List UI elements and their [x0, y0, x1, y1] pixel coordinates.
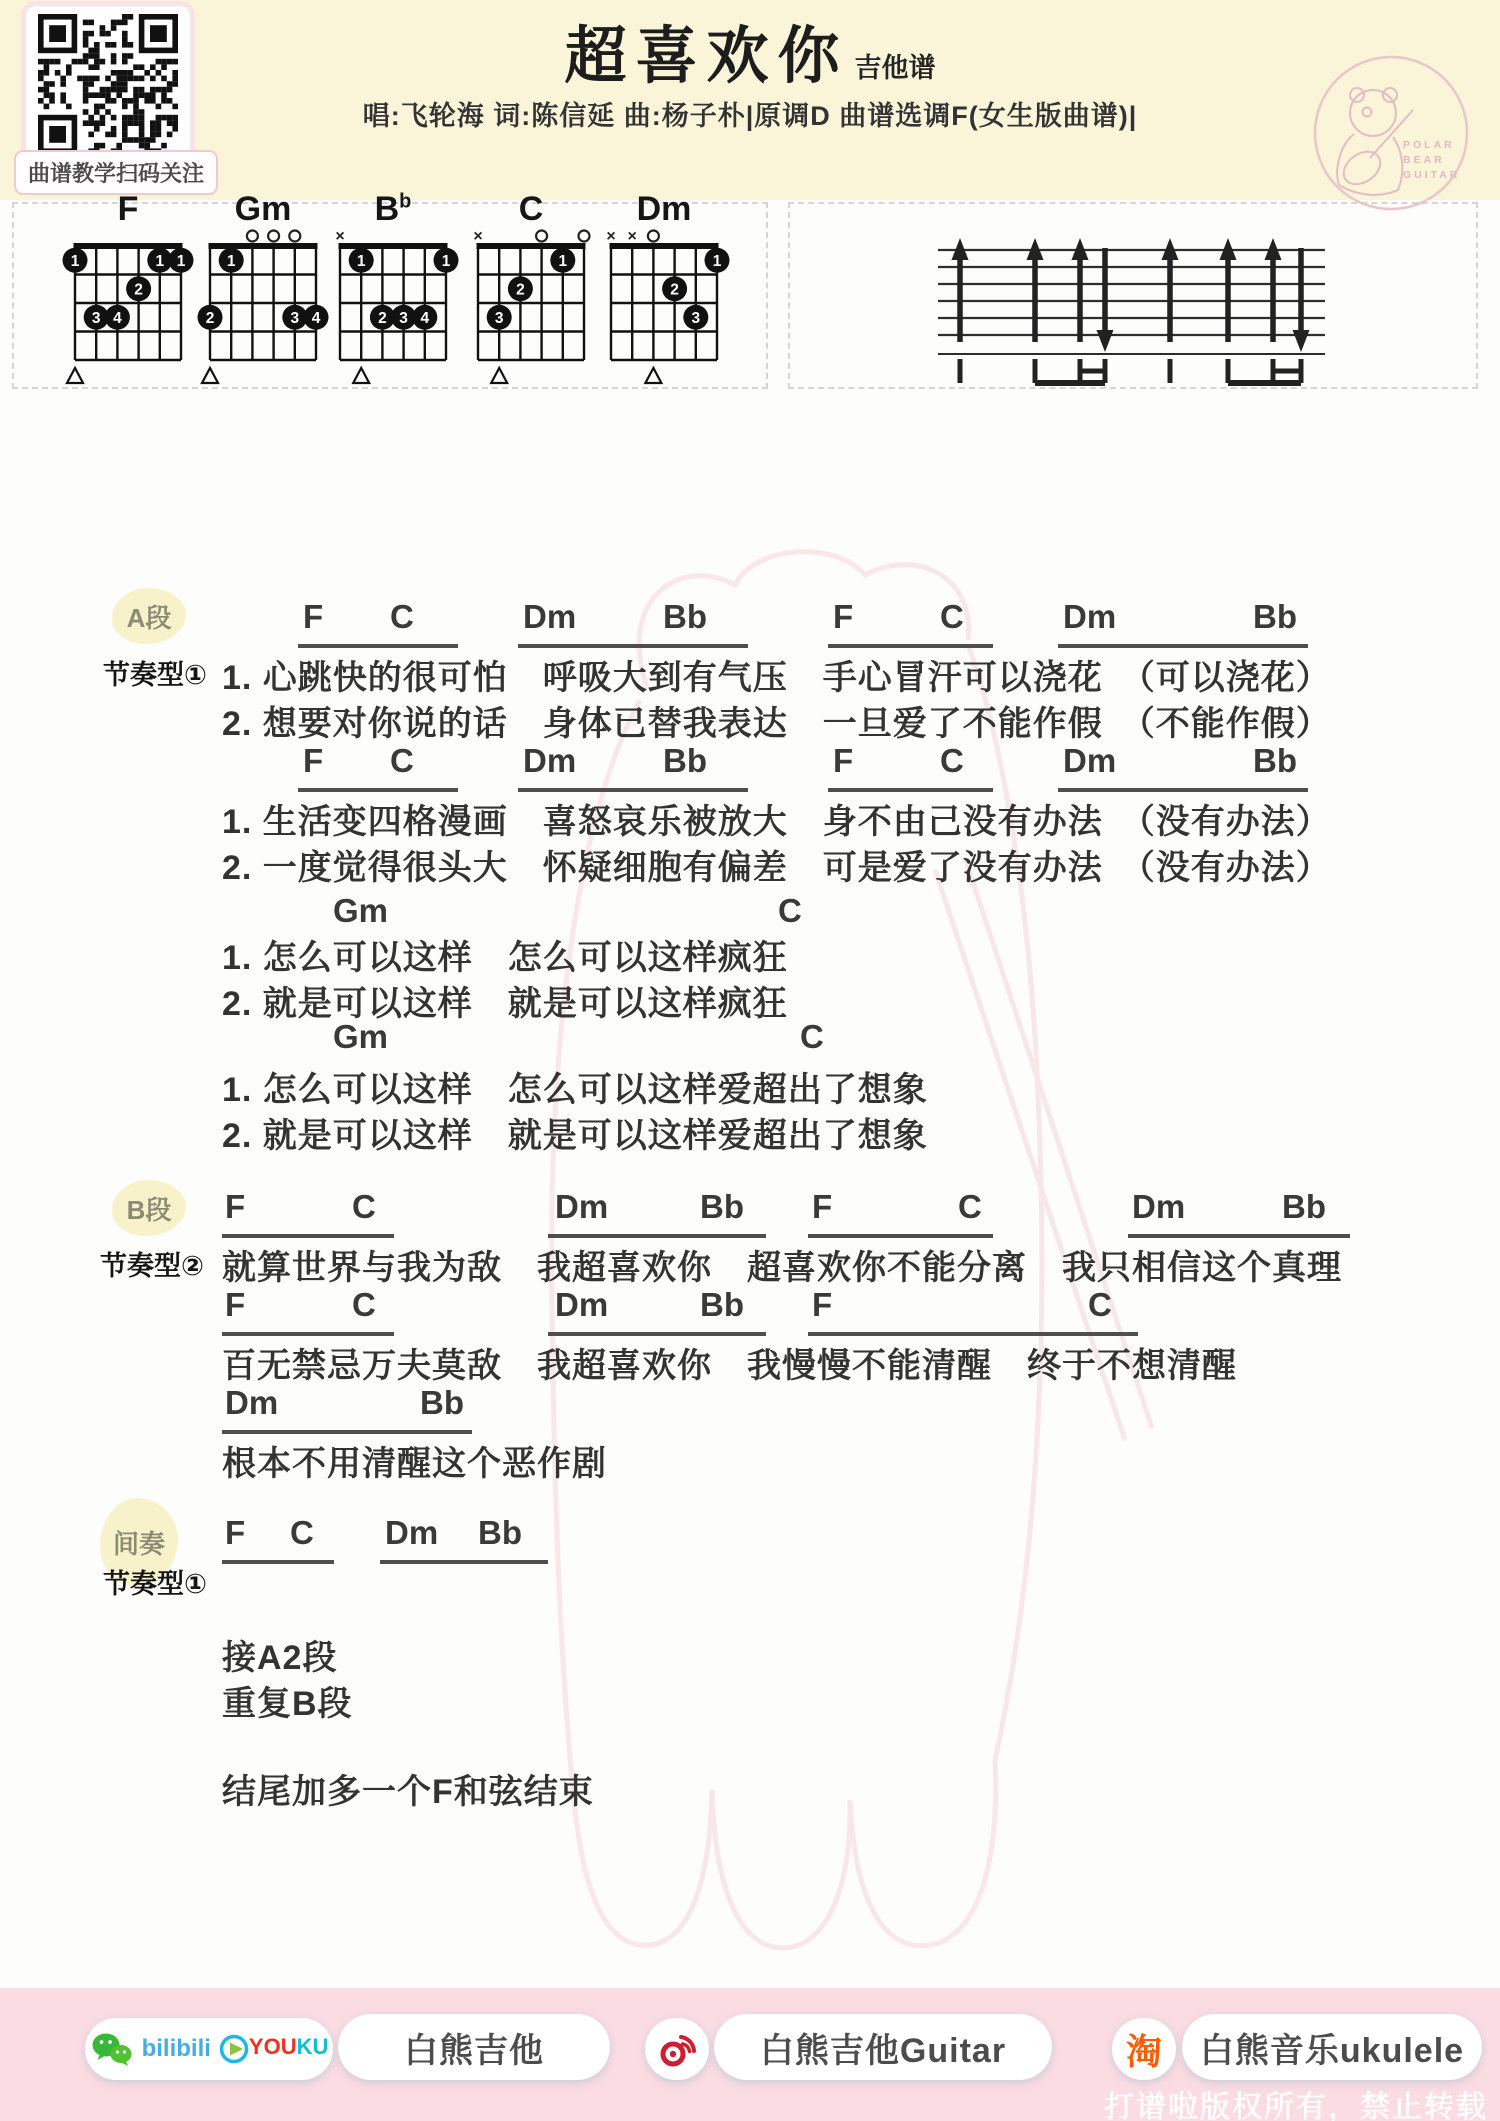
chord-diagram-gm: Gm1234: [193, 196, 333, 388]
svg-text:1: 1: [713, 253, 722, 270]
bass-triangle: [491, 368, 507, 383]
lyric-line: 就算世界与我为敌 我超喜欢你 超喜欢你不能分离 我只相信这个真理: [222, 1240, 1342, 1289]
rhythm-type-label: 节奏型①: [103, 653, 207, 692]
chord-underline: [548, 1234, 766, 1238]
weibo-icon: [656, 2028, 698, 2070]
chord-token: F: [303, 742, 323, 780]
bass-triangle: [202, 368, 218, 383]
chord-underline: [1058, 788, 1308, 792]
chord-token: Bb: [1253, 598, 1297, 636]
chord-underline: [828, 644, 993, 648]
logo-word-polar: POLAR: [1403, 139, 1455, 151]
chord-diagram-c: C×123: [461, 196, 601, 388]
lyric-line: 重复B段: [222, 1676, 353, 1725]
svg-text:1: 1: [442, 253, 451, 270]
song-credits: 唱:飞轮海 词:陈信延 曲:杨子朴|原调D 曲谱选调F(女生版曲谱)|: [0, 94, 1500, 133]
chord-underline: [298, 788, 458, 792]
open-string-icon: [579, 231, 590, 242]
polar-bear-guitar-logo: POLAR BEAR GUITAR: [1310, 50, 1472, 218]
chord-underline: [1058, 644, 1308, 648]
rhythm-type-label: 节奏型②: [100, 1244, 204, 1283]
chord-token: F: [225, 1188, 245, 1226]
bass-triangle: [67, 368, 83, 383]
chord-token: F: [833, 742, 853, 780]
svg-text:4: 4: [113, 310, 122, 327]
open-string-icon: [536, 231, 547, 242]
svg-text:1: 1: [227, 253, 236, 270]
weibo-icon-wrap: [656, 2028, 698, 2070]
taobao-icon: 淘: [1126, 2024, 1162, 2075]
chord-token: Gm: [333, 1018, 388, 1056]
youku-logo: YOUKU: [249, 2034, 328, 2064]
chord-token: Bb: [700, 1286, 744, 1324]
bass-triangle: [645, 368, 661, 383]
chord-token: Dm: [1063, 742, 1116, 780]
chord-token: F: [225, 1286, 245, 1324]
svg-text:3: 3: [691, 310, 700, 327]
account-name-pill: 白熊音乐ukulele: [1182, 2014, 1482, 2080]
song-title: 超喜欢你: [564, 22, 848, 91]
chord-grid: ×11234: [323, 228, 463, 400]
section-badge: B段: [112, 1180, 186, 1236]
chord-underline: [518, 788, 748, 792]
lyric-line: 2. 想要对你说的话 身体已替我表达 一旦爱了不能作假 （不能作假）: [222, 696, 1331, 745]
account-name: 白熊吉他: [404, 2023, 544, 2072]
section-badge: A段: [112, 588, 186, 644]
chord-token: Bb: [1253, 742, 1297, 780]
account-name-pill: 白熊吉他: [338, 2014, 610, 2080]
chord-token: Bb: [663, 742, 707, 780]
chord-underline: [1128, 1234, 1350, 1238]
svg-text:3: 3: [495, 310, 504, 327]
svg-text:3: 3: [399, 310, 408, 327]
chord-grid: 111234: [58, 228, 198, 400]
chord-token: Dm: [225, 1384, 278, 1422]
chord-token: Dm: [1063, 598, 1116, 636]
page-title: 超喜欢你吉他谱: [0, 6, 1500, 95]
chord-token: F: [812, 1286, 832, 1324]
logo-word-bear: BEAR: [1403, 154, 1445, 166]
chord-token: Bb: [420, 1384, 464, 1422]
open-string-icon: [289, 231, 300, 242]
chord-name: Dm: [594, 190, 734, 229]
chord-underline: [808, 1234, 993, 1238]
lyric-line: 2. 就是可以这样 就是可以这样爱超出了想象: [222, 1108, 928, 1157]
svg-text:2: 2: [378, 310, 387, 327]
muted-string-icon: ×: [473, 228, 482, 245]
chord-token: Bb: [1282, 1188, 1326, 1226]
chord-underline: [548, 1332, 766, 1336]
chord-token: C: [290, 1514, 314, 1552]
bilibili-icon-wrap: bilibili: [142, 2035, 211, 2063]
copyright-watermark: 打谱啦版权所有，禁止转载: [1104, 2082, 1488, 2121]
chord-name: F: [58, 190, 198, 229]
chord-token: C: [778, 892, 802, 930]
svg-text:3: 3: [92, 310, 101, 327]
chord-token: Bb: [700, 1188, 744, 1226]
chord-underline: [828, 788, 993, 792]
chord-underline: [222, 1560, 334, 1564]
open-string-icon: [247, 231, 258, 242]
muted-string-icon: ×: [335, 228, 344, 245]
chord-token: F: [812, 1188, 832, 1226]
chord-token: F: [833, 598, 853, 636]
chord-token: Bb: [663, 598, 707, 636]
chord-name: C: [461, 190, 601, 229]
chord-token: C: [352, 1188, 376, 1226]
rhythm-type-label: 节奏型①: [103, 1562, 207, 1601]
chord-grid: 1234: [193, 228, 333, 400]
bass-triangle: [353, 368, 369, 383]
chord-grid: ×123: [461, 228, 601, 400]
chord-token: Dm: [523, 742, 576, 780]
lyric-line: 结尾加多一个F和弦结束: [222, 1764, 594, 1813]
chord-sheet-page: 曲谱教学扫码关注 超喜欢你吉他谱 唱:飞轮海 词:陈信延 曲:杨子朴|原调D 曲…: [0, 0, 1500, 2121]
chord-token: Dm: [523, 598, 576, 636]
muted-string-icon: ×: [606, 228, 615, 245]
chord-underline: [222, 1332, 394, 1336]
chord-name: Gm: [193, 190, 333, 229]
chord-token: Dm: [555, 1188, 608, 1226]
svg-text:3: 3: [290, 310, 299, 327]
lyric-line: 2. 就是可以这样 就是可以这样疯狂: [222, 976, 788, 1025]
social-links-pill: [645, 2018, 709, 2080]
chord-token: C: [940, 598, 964, 636]
wechat-icon: [90, 2031, 134, 2067]
chord-underline: [380, 1560, 548, 1564]
chord-token: C: [940, 742, 964, 780]
youku-icon-wrap: YOUKU: [219, 2034, 328, 2064]
open-string-icon: [648, 231, 659, 242]
wechat-icon-wrap: [90, 2031, 134, 2067]
youku-play-icon: [219, 2034, 249, 2064]
qr-caption: 曲谱教学扫码关注: [14, 150, 218, 195]
open-string-icon: [268, 231, 279, 242]
muted-string-icon: ×: [628, 228, 637, 245]
chord-underline: [518, 644, 748, 648]
lyric-line: 1. 怎么可以这样 怎么可以这样疯狂: [222, 930, 788, 979]
lyric-line: 接A2段: [222, 1630, 337, 1679]
svg-text:1: 1: [71, 253, 80, 270]
svg-text:1: 1: [558, 253, 567, 270]
chord-underline: [298, 644, 458, 648]
account-name-pill: 白熊吉他Guitar: [714, 2014, 1052, 2080]
chord-token: C: [958, 1188, 982, 1226]
chord-diagram-b: Bb×11234: [323, 196, 463, 388]
lyric-line: 根本不用清醒这个恶作剧: [222, 1436, 607, 1485]
chord-token: Dm: [555, 1286, 608, 1324]
chord-name: Bb: [323, 190, 463, 229]
chord-underline: [222, 1234, 394, 1238]
chord-token: F: [303, 598, 323, 636]
lyric-line: 2. 一度觉得很头大 怀疑细胞有偏差 可是爱了没有办法 （没有办法）: [222, 840, 1331, 889]
chord-token: Gm: [333, 892, 388, 930]
chord-token: Dm: [385, 1514, 438, 1552]
song-title-suffix: 吉他谱: [855, 53, 936, 83]
svg-text:4: 4: [312, 310, 321, 327]
svg-text:4: 4: [420, 310, 429, 327]
svg-text:1: 1: [357, 253, 366, 270]
svg-text:2: 2: [670, 281, 679, 298]
chord-token: Bb: [478, 1514, 522, 1552]
chord-token: C: [390, 742, 414, 780]
strum-pattern: [788, 202, 1474, 387]
svg-text:1: 1: [177, 253, 186, 270]
social-links-pill: 淘: [1112, 2018, 1176, 2080]
chord-underline: [222, 1430, 472, 1434]
chord-token: C: [1088, 1286, 1112, 1324]
lyric-line: 1. 生活变四格漫画 喜怒哀乐被放大 身不由己没有办法 （没有办法）: [222, 794, 1331, 843]
taobao-icon-wrap: 淘: [1126, 2024, 1162, 2075]
chord-token: C: [390, 598, 414, 636]
chord-token: C: [800, 1018, 824, 1056]
lyric-line: 百无禁忌万夫莫敌 我超喜欢你 我慢慢不能清醒 终于不想清醒: [222, 1338, 1237, 1387]
account-name: 白熊吉他Guitar: [760, 2023, 1006, 2072]
svg-text:2: 2: [206, 310, 215, 327]
social-links-pill: bilibiliYOUKU: [85, 2018, 333, 2080]
lyric-line: 1. 怎么可以这样 怎么可以这样爱超出了想象: [222, 1062, 928, 1111]
svg-text:2: 2: [134, 281, 143, 298]
logo-word-guitar: GUITAR: [1403, 169, 1460, 181]
chord-diagram-dm: Dm××123: [594, 196, 734, 388]
chord-underline: [808, 1332, 1138, 1336]
bilibili-logo: bilibili: [142, 2035, 211, 2063]
chord-token: F: [225, 1514, 245, 1552]
account-name: 白熊音乐ukulele: [1200, 2023, 1464, 2072]
lyric-line: 1. 心跳快的很可怕 呼吸大到有气压 手心冒汗可以浇花 （可以浇花）: [222, 650, 1331, 699]
chord-grid: ××123: [594, 228, 734, 400]
svg-text:1: 1: [155, 253, 164, 270]
chord-token: Dm: [1132, 1188, 1185, 1226]
svg-text:2: 2: [516, 281, 525, 298]
chord-diagram-f: F111234: [58, 196, 198, 388]
chord-token: C: [352, 1286, 376, 1324]
